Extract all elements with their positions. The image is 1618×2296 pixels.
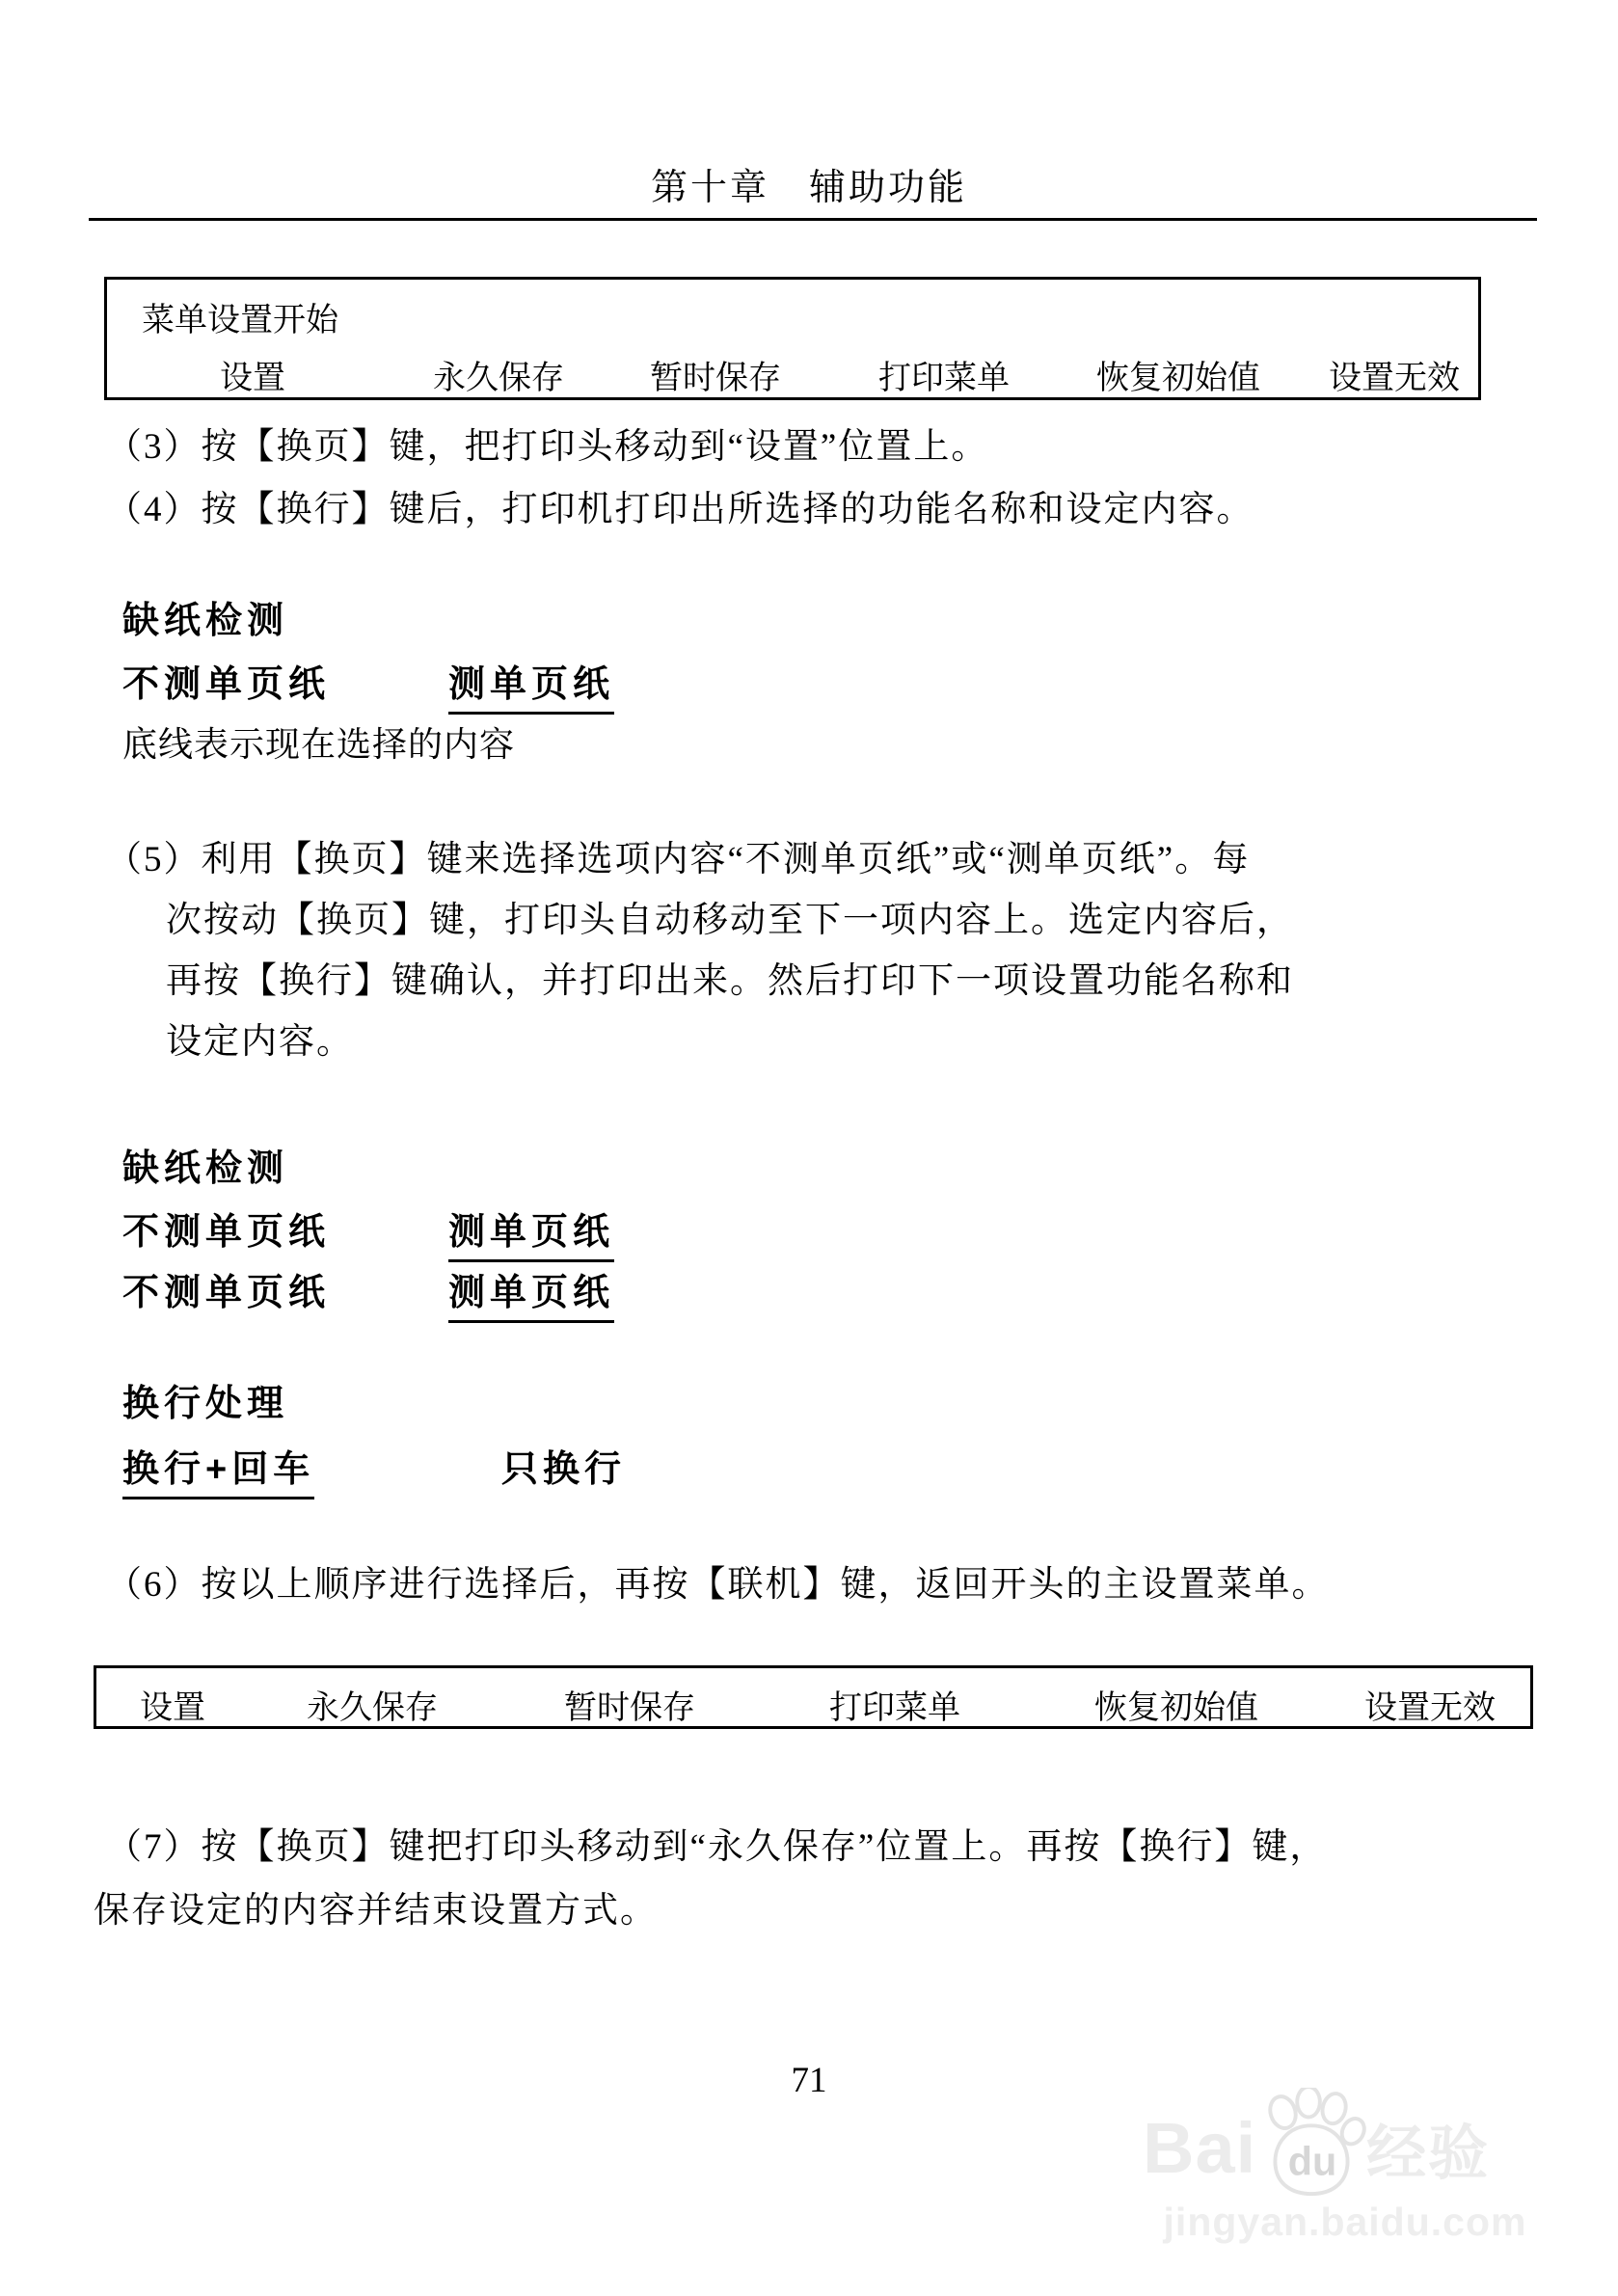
- menu-item-save-temporary: 暂时保存: [650, 351, 781, 398]
- option-detect-single-sheet-2a: 测单页纸: [448, 1202, 614, 1262]
- menu-start-label: 菜单设置开始: [142, 293, 338, 340]
- header-divider: [89, 218, 1537, 221]
- step-3-text: （3）按【换页】键，把打印头移动到“设置”位置上。: [106, 417, 988, 469]
- step-5-line-4: 设定内容。: [166, 1012, 354, 1064]
- step-5-line-1: （5）利用【换页】键来选择选项内容“不测单页纸”或“测单页纸”。每: [106, 829, 1250, 881]
- menu-printout-box-bottom: 设置 永久保存 暂时保存 打印菜单 恢复初始值 设置无效: [94, 1665, 1533, 1729]
- option-detect-single-sheet-1: 测单页纸: [448, 654, 614, 715]
- step-5-line-3: 再按【换行】键确认，并打印出来。然后打印下一项设置功能名称和: [166, 951, 1294, 1003]
- menu-item-save-permanent: 永久保存: [307, 1681, 438, 1728]
- step-4-text: （4）按【换行】键后，打印机打印出所选择的功能名称和设定内容。: [106, 479, 1254, 531]
- menu-item-settings-invalid: 设置无效: [1329, 351, 1460, 398]
- option-lf-only: 只换行: [501, 1439, 626, 1492]
- step-5-line-2: 次按动【换页】键，打印头自动移动至下一项内容上。选定内容后，: [166, 890, 1294, 942]
- menu-item-save-temporary: 暂时保存: [564, 1681, 695, 1728]
- option-no-detect-single-sheet-1: 不测单页纸: [122, 654, 330, 707]
- menu-item-print-menu: 打印菜单: [829, 1681, 960, 1728]
- baidu-logo-text: Bai: [1143, 2107, 1256, 2189]
- menu-item-settings: 设置: [220, 351, 285, 398]
- linefeed-heading: 换行处理: [122, 1373, 288, 1426]
- step-6-text: （6）按以上顺序进行选择后，再按【联机】键，返回开头的主设置菜单。: [106, 1554, 1330, 1607]
- option-lf-cr: 换行+回车: [122, 1439, 314, 1499]
- option-detect-single-sheet-2b: 测单页纸: [448, 1262, 614, 1323]
- chapter-heading: 第十章 辅助功能: [0, 157, 1618, 210]
- step-7-line-1: （7）按【换页】键把打印头移动到“永久保存”位置上。再按【换行】键，: [106, 1817, 1327, 1869]
- menu-item-save-permanent: 永久保存: [433, 351, 564, 398]
- baidu-jingyan-watermark: Bai du 经验 jingyan.baidu.com: [1143, 2088, 1548, 2245]
- menu-item-print-menu: 打印菜单: [878, 351, 1010, 398]
- option-no-detect-single-sheet-2b: 不测单页纸: [122, 1262, 330, 1315]
- menu-item-settings: 设置: [140, 1681, 205, 1728]
- paper-detect-heading-1: 缺纸检测: [122, 590, 288, 643]
- paper-detect-heading-2: 缺纸检测: [122, 1138, 288, 1191]
- menu-item-restore-defaults: 恢复初始值: [1096, 351, 1260, 398]
- paw-du-text: du: [1288, 2139, 1336, 2183]
- watermark-logo-row: Bai du 经验: [1143, 2088, 1548, 2207]
- menu-item-settings-invalid: 设置无效: [1364, 1681, 1496, 1728]
- watermark-site-text: jingyan.baidu.com: [1143, 2200, 1548, 2245]
- jingyan-logo-text: 经验: [1366, 2105, 1490, 2191]
- underline-note: 底线表示现在选择的内容: [122, 717, 515, 767]
- menu-item-restore-defaults: 恢复初始值: [1094, 1681, 1258, 1728]
- baidu-paw-icon: du: [1254, 2088, 1368, 2201]
- step-7-line-2: 保存设定的内容并结束设置方式。: [94, 1880, 658, 1932]
- manual-page: 第十章 辅助功能 菜单设置开始 设置 永久保存 暂时保存 打印菜单 恢复初始值 …: [0, 0, 1618, 2296]
- option-no-detect-single-sheet-2a: 不测单页纸: [122, 1202, 330, 1255]
- menu-printout-box-top: 菜单设置开始 设置 永久保存 暂时保存 打印菜单 恢复初始值 设置无效: [104, 277, 1481, 400]
